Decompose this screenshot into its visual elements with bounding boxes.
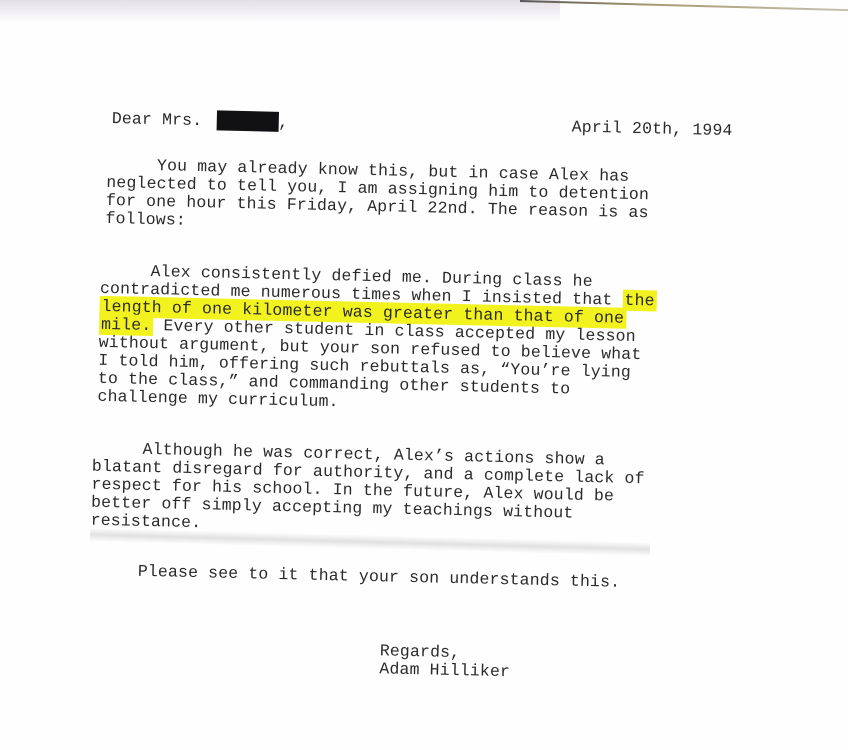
paragraph1-line: follows: [105, 210, 186, 230]
signature: Adam Hilliker [379, 660, 510, 681]
paragraph3-line: resistance. [90, 512, 201, 533]
paragraph2-line: challenge my curriculum. [97, 388, 339, 411]
salutation-comma: , [278, 113, 288, 132]
redaction-bar-icon [216, 110, 278, 131]
paper-edge [520, 0, 848, 11]
letter-date: April 20th, 1994 [572, 118, 733, 140]
paragraph4-line: Please see to it that your son understan… [87, 562, 620, 592]
scan-smudge [90, 528, 650, 557]
highlighted-text: the [622, 290, 657, 312]
scan-shadow [0, 0, 560, 22]
scanned-letter-page: Dear Mrs. , April 20th, 1994 You may alr… [0, 0, 848, 750]
salutation: Dear Mrs. , [112, 108, 289, 132]
salutation-text: Dear Mrs. [112, 109, 213, 130]
